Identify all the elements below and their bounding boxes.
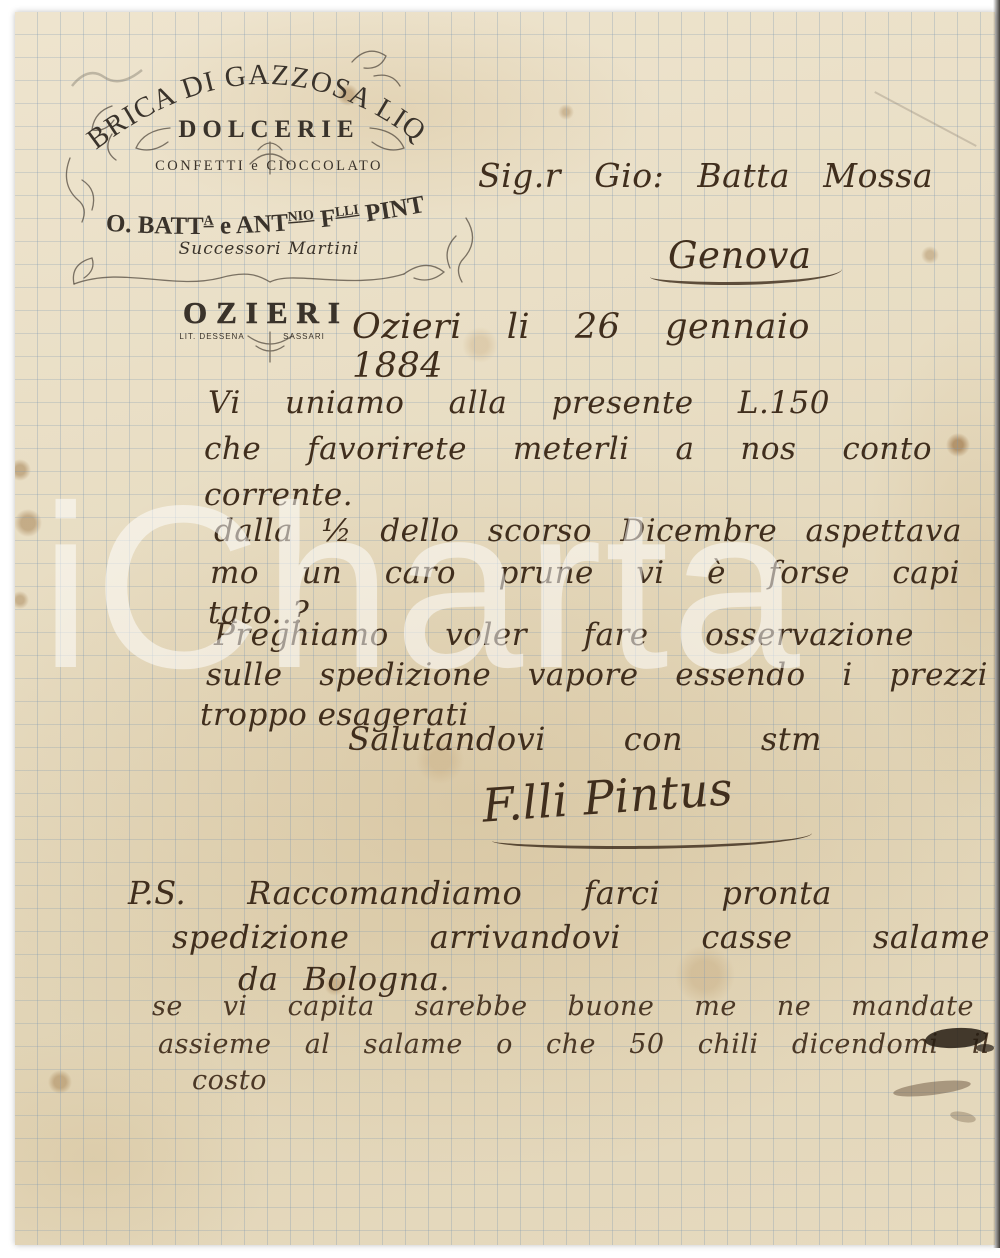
signature-underline-flourish — [492, 812, 812, 849]
para2-line1: dalla ½ dello scorso Dicembre aspettava — [214, 514, 962, 548]
ps2-line3: costo — [192, 1066, 267, 1096]
recipient-line: Sig.r Gio: Batta Mossa — [478, 158, 933, 194]
ps2-line2: assieme al salame o che 50 chili dicendo… — [158, 1030, 990, 1060]
pencil-scribble — [66, 52, 156, 97]
letterhead-successors: Successori Martini — [179, 239, 360, 259]
scanned-letter-page: FABBRICA DI GAZZOSA LIQUORI DOLCERIE CON… — [0, 0, 1000, 1258]
letterhead-lith-city: SASSARI — [283, 332, 325, 341]
para3-line2: sulle spedizione vapore essendo i prezzi — [206, 658, 988, 692]
ps2-line1: se vi capita sarebbe buone me ne mandate — [152, 992, 974, 1022]
para2-line2: mo un caro prune vi è forse capi — [210, 556, 960, 590]
para3-line1: Preghiamo voler fare osservazione — [214, 618, 914, 652]
para1-line3: corrente. — [204, 478, 353, 512]
ps-line2: spedizione arrivandovi casse salame — [172, 920, 990, 955]
letterhead-confetti: CONFETTI e CIOCCOLATO — [155, 158, 383, 174]
para1-line2: che favorirete meterli a nos conto — [204, 432, 932, 466]
dateline: Ozieri li 26 gennaio 1884 — [352, 308, 810, 385]
para1-line1: Vi uniamo alla presente L.150 — [208, 386, 830, 420]
letterhead-dolcerie: DOLCERIE — [178, 116, 359, 143]
ps-line1: P.S. Raccomandiamo farci pronta — [128, 876, 832, 911]
letterhead-city: OZIERI — [183, 295, 349, 330]
scan-shadow-edge — [993, 0, 1000, 1248]
ink-smudge-small — [976, 1044, 994, 1052]
letterhead-lithographer: LIT. DESSENA — [179, 332, 244, 341]
closing-line: Salutandovi con stm — [348, 722, 822, 757]
